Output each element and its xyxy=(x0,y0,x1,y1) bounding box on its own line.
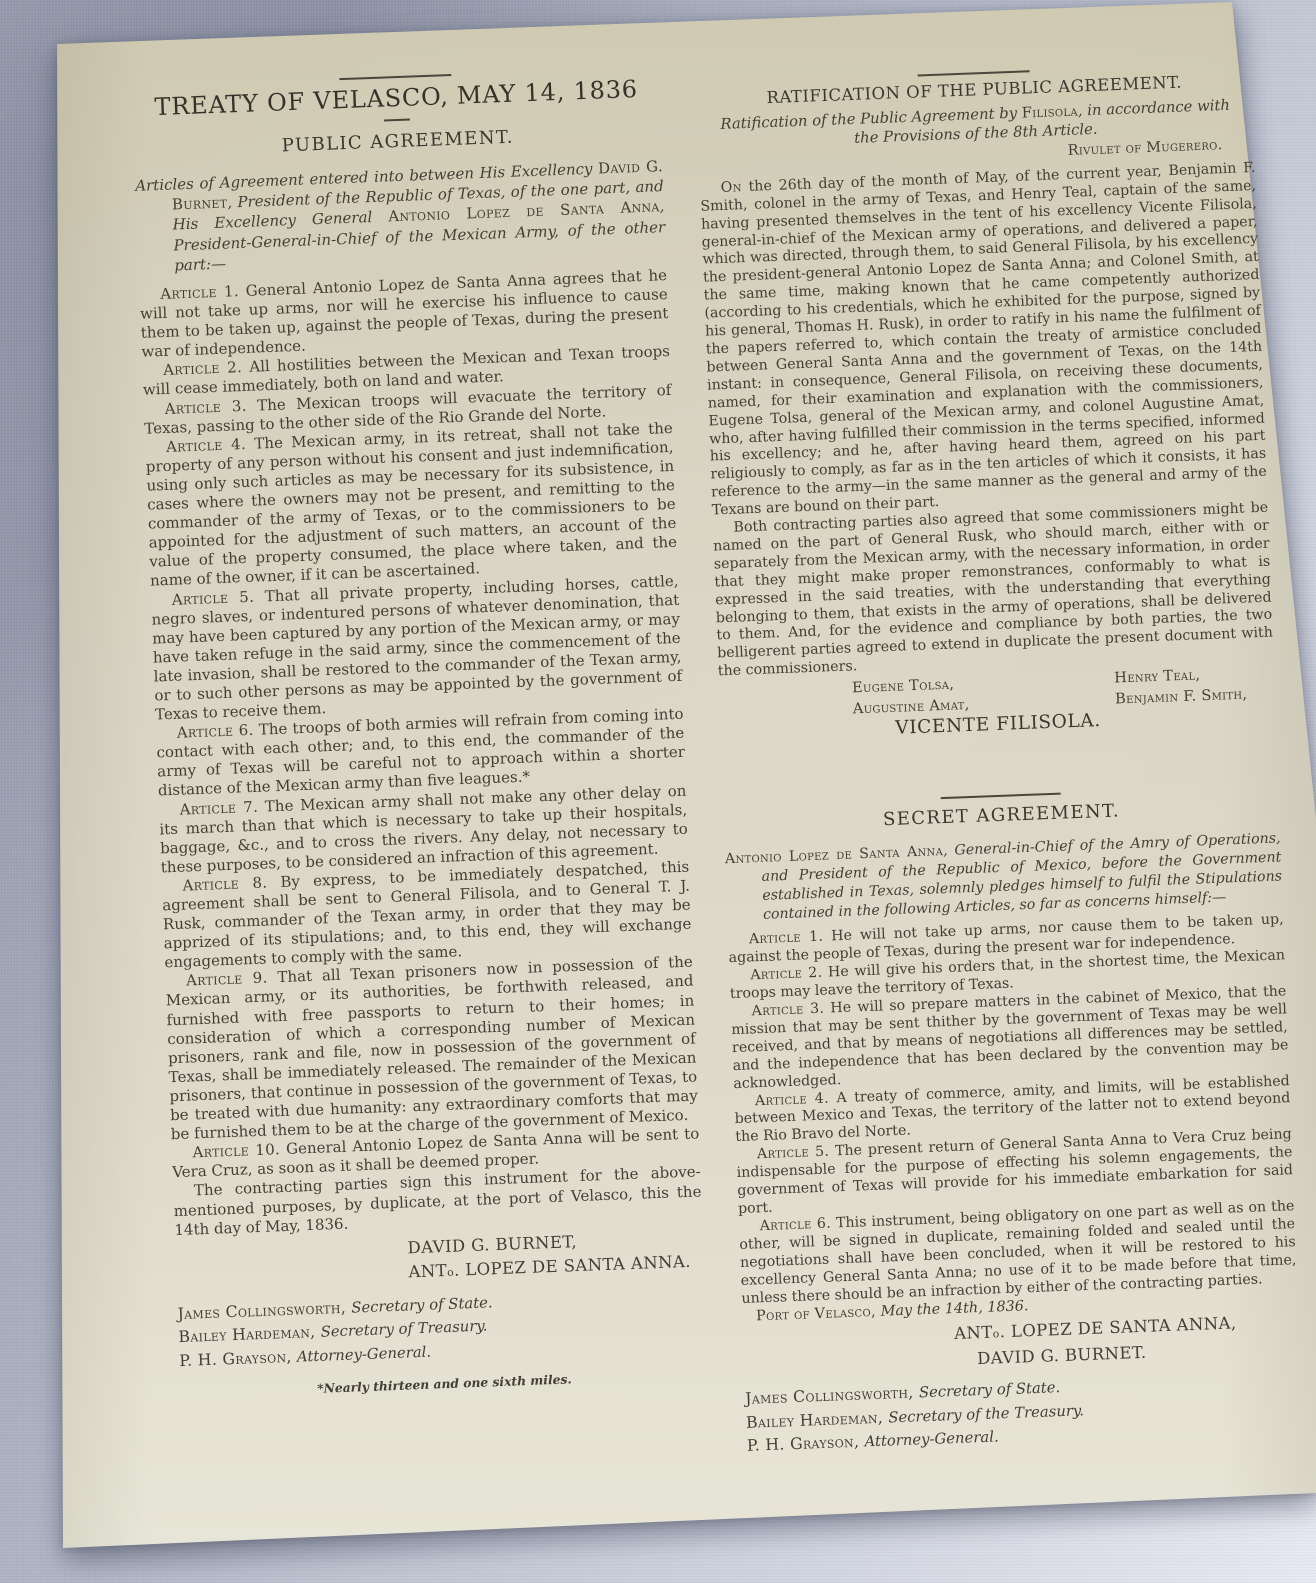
article-9: Article 9. That all Texan prisoners now … xyxy=(165,953,699,1145)
secret-divider xyxy=(941,793,1061,800)
article-5: Article 5. That all private property, in… xyxy=(150,571,683,724)
signatures: ANTo. LOPEZ DE SANTA ANNA,DAVID G. BURNE… xyxy=(954,1309,1300,1372)
public-agreement-heading: PUBLIC AGREEMENT. xyxy=(134,121,662,162)
photo-backdrop: TREATY OF VELASCO, MAY 14, 1836PUBLIC AG… xyxy=(0,0,1316,1583)
secret-agreement-preamble: Antonio Lopez de Santa Anna, General-in-… xyxy=(725,830,1283,926)
title-dash xyxy=(384,119,410,122)
treaty-title: TREATY OF VELASCO, MAY 14, 1836 xyxy=(132,74,661,122)
signatures: DAVID G. BURNET,ANTo. LOPEZ DE SANTA ANN… xyxy=(407,1225,704,1286)
right-column: RATIFICATION OF THE PUBLIC AGREEMENT.Rat… xyxy=(694,4,1303,1458)
leagues-footnote: *Nearly thirteen and one sixth miles. xyxy=(180,1366,708,1401)
public-agreement-preamble: Articles of Agreement entered into betwe… xyxy=(135,156,666,277)
secret-agreement-heading: SECRET AGREEMENT. xyxy=(723,795,1279,837)
witness-signatures: James Collingsworth, Secretary of State.… xyxy=(177,1283,707,1373)
document-sheet: TREATY OF VELASCO, MAY 14, 1836PUBLIC AG… xyxy=(130,4,1303,1480)
left-column: TREATY OF VELASCO, MAY 14, 1836PUBLIC AG… xyxy=(130,26,711,1479)
ratification-paragraph-2: Both contracting parties also agreed tha… xyxy=(712,500,1274,682)
ratification-paragraph-1: On the 26th day of the month of May, of … xyxy=(699,160,1267,521)
ratification-divider xyxy=(918,70,1030,76)
article-4: Article 4. The Mexican army, in its retr… xyxy=(145,419,678,591)
top-divider xyxy=(339,74,451,80)
